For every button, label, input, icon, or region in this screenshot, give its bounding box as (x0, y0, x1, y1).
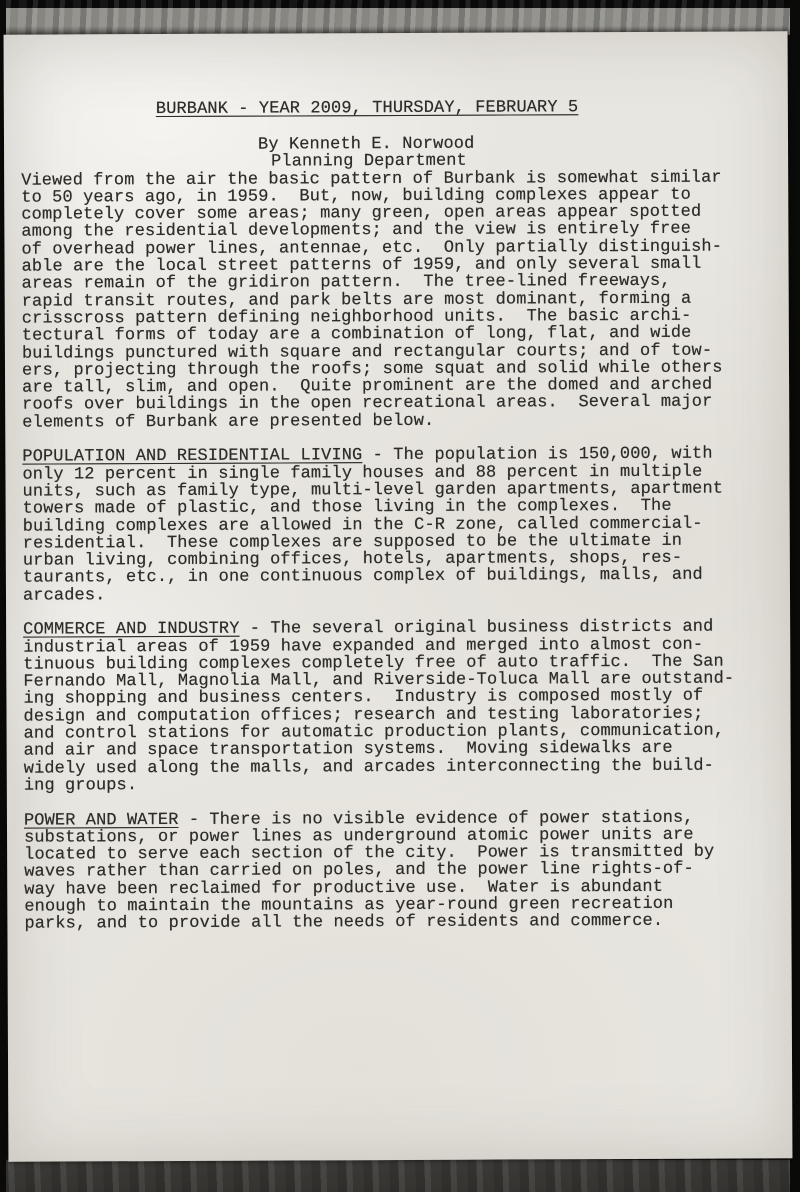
byline: By Kenneth E. Norwood Planning Departmen… (21, 134, 766, 172)
section-power-and-water: POWER AND WATER - There is no visible ev… (24, 809, 770, 933)
photo-frame: BURBANK - YEAR 2009, THURSDAY, FEBRUARY … (0, 0, 800, 1192)
section-body: substations, or power lines as undergrou… (24, 826, 769, 933)
document-title-text: BURBANK - YEAR 2009, THURSDAY, FEBRUARY … (156, 98, 578, 119)
document-content: BURBANK - YEAR 2009, THURSDAY, FEBRUARY … (21, 98, 770, 950)
document-page: BURBANK - YEAR 2009, THURSDAY, FEBRUARY … (4, 31, 793, 1161)
section-body: industrial areas of 1959 have expanded a… (23, 636, 769, 795)
section-population-residential-living: POPULATION AND RESIDENTIAL LIVING - The … (22, 446, 768, 605)
intro-paragraph: Viewed from the air the basic pattern of… (21, 169, 767, 432)
photo-bottom-border (0, 1156, 800, 1192)
section-commerce-and-industry: COMMERCE AND INDUSTRY - The several orig… (23, 619, 769, 795)
section-body: only 12 percent in single family houses … (22, 463, 768, 605)
document-title: BURBANK - YEAR 2009, THURSDAY, FEBRUARY … (21, 98, 766, 119)
photo-top-border (0, 0, 800, 35)
